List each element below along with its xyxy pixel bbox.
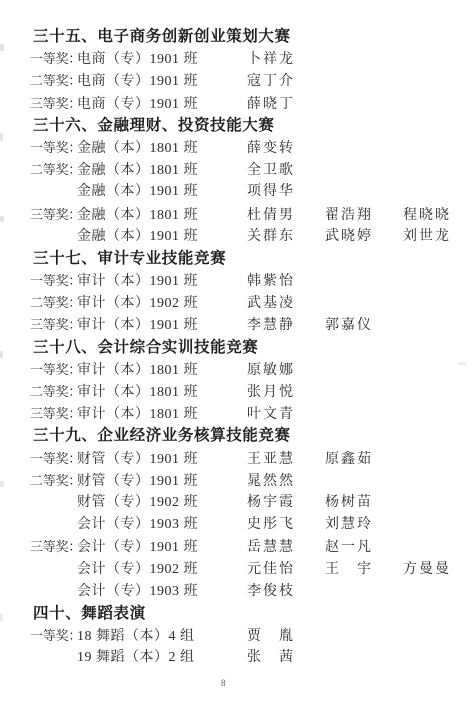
award-level-label: 三等奖： bbox=[30, 403, 77, 425]
student-name: 寇丁介 bbox=[247, 71, 295, 93]
class-label: 审计（本）1901 班 bbox=[77, 315, 247, 337]
student-name: 张月悦 bbox=[247, 382, 295, 404]
award-level-label: 三等奖： bbox=[30, 314, 77, 336]
page-number: 8 bbox=[221, 678, 226, 688]
student-name: 韩紫怡 bbox=[247, 271, 295, 293]
award-row: 三等奖：电商（专）1901 班薛晓丁 bbox=[30, 93, 467, 115]
document-content: 三十五、电子商务创新创业策划大赛一等奖：电商（专）1901 班卜祥龙二等奖：电商… bbox=[30, 26, 467, 669]
student-name: 方曼曼 bbox=[403, 559, 451, 581]
class-label: 金融（本）1801 班 bbox=[77, 205, 247, 227]
award-row: 财管（专）1902 班杨宇霞杨树苗 bbox=[30, 492, 467, 514]
scan-artifact bbox=[0, 216, 4, 222]
class-label: 财管（专）1902 班 bbox=[77, 492, 247, 514]
student-name: 叶文青 bbox=[247, 404, 295, 426]
class-label: 财管（专）1901 班 bbox=[77, 471, 247, 493]
award-row: 三等奖：会计（专）1901 班岳慧慧赵一凡 bbox=[30, 536, 467, 558]
award-row: 二等奖：审计（本）1801 班张月悦 bbox=[30, 381, 467, 403]
student-name: 杨树苗 bbox=[325, 492, 373, 514]
award-row: 一等奖：财管（专）1901 班王亚慧原鑫茹 bbox=[30, 448, 467, 470]
scan-artifact bbox=[0, 133, 3, 141]
student-name: 杨宇霞 bbox=[247, 492, 325, 514]
class-label: 19 舞蹈（本）2 组 bbox=[77, 647, 247, 669]
student-name: 关群东 bbox=[247, 226, 325, 248]
class-label: 财管（专）1901 班 bbox=[77, 449, 247, 471]
award-level-label: 二等奖： bbox=[30, 159, 77, 181]
student-name: 刘慧玲 bbox=[325, 514, 373, 536]
student-name: 王 宇 bbox=[325, 559, 403, 581]
student-name: 张 茜 bbox=[247, 647, 295, 669]
award-level-label: 一等奖： bbox=[30, 448, 77, 470]
award-level-label: 一等奖： bbox=[30, 625, 77, 647]
student-name: 赵一凡 bbox=[325, 537, 373, 559]
award-row: 一等奖：电商（专）1901 班卜祥龙 bbox=[30, 48, 467, 70]
award-row: 一等奖：金融（本）1801 班薛变转 bbox=[30, 137, 467, 159]
class-label: 审计（本）1801 班 bbox=[77, 360, 247, 382]
award-row: 一等奖：18 舞蹈（本）4 组贾 胤 bbox=[30, 625, 467, 647]
student-name: 李俊枝 bbox=[247, 581, 295, 603]
class-label: 审计（本）1902 班 bbox=[77, 293, 247, 315]
award-row: 二等奖：财管（专）1901 班晁然然 bbox=[30, 470, 467, 492]
award-level-label: 三等奖： bbox=[30, 93, 77, 115]
student-name: 李慧静 bbox=[247, 315, 325, 337]
student-name: 晁然然 bbox=[247, 471, 295, 493]
scan-artifact bbox=[0, 481, 4, 487]
award-row: 二等奖：电商（专）1901 班寇丁介 bbox=[30, 70, 467, 92]
award-row: 一等奖：审计（本）1901 班韩紫怡 bbox=[30, 270, 467, 292]
student-name: 翟浩翔 bbox=[325, 205, 403, 227]
award-level-label: 二等奖： bbox=[30, 292, 77, 314]
student-name: 项得华 bbox=[247, 181, 295, 203]
class-label: 金融（本）1801 班 bbox=[77, 160, 247, 182]
award-row: 一等奖：审计（本）1801 班原敏娜 bbox=[30, 359, 467, 381]
class-label: 会计（专）1903 班 bbox=[77, 514, 247, 536]
section-title: 三十六、金融理财、投资技能大赛 bbox=[33, 115, 467, 137]
student-name: 刘世龙 bbox=[403, 226, 451, 248]
award-row: 三等奖：审计（本）1901 班李慧静郭嘉仪 bbox=[30, 314, 467, 336]
student-name: 薛变转 bbox=[247, 138, 295, 160]
class-label: 审计（本）1801 班 bbox=[77, 382, 247, 404]
student-name: 薛晓丁 bbox=[247, 94, 295, 116]
class-label: 审计（本）1901 班 bbox=[77, 271, 247, 293]
award-row: 19 舞蹈（本）2 组张 茜 bbox=[30, 647, 467, 669]
award-level-label: 一等奖： bbox=[30, 270, 77, 292]
student-name: 郭嘉仪 bbox=[325, 315, 373, 337]
award-level-label: 一等奖： bbox=[30, 359, 77, 381]
class-label: 18 舞蹈（本）4 组 bbox=[77, 626, 247, 648]
award-row: 会计（专）1903 班史彤飞刘慧玲 bbox=[30, 514, 467, 536]
award-row: 金融（本）1901 班项得华 bbox=[30, 181, 467, 203]
student-name: 程晓晓 bbox=[403, 205, 451, 227]
student-name: 王亚慧 bbox=[247, 449, 325, 471]
student-name: 原鑫茹 bbox=[325, 449, 373, 471]
student-name: 卜祥龙 bbox=[247, 49, 295, 71]
class-label: 金融（本）1801 班 bbox=[77, 138, 247, 160]
award-row: 二等奖：审计（本）1902 班武基凌 bbox=[30, 292, 467, 314]
section-title: 三十八、会计综合实训技能竞赛 bbox=[33, 337, 467, 359]
class-label: 会计（专）1901 班 bbox=[77, 537, 247, 559]
award-level-label: 二等奖： bbox=[30, 470, 77, 492]
award-row: 三等奖：金融（本）1801 班杜倩男翟浩翔程晓晓 bbox=[30, 204, 467, 226]
class-label: 金融（本）1901 班 bbox=[77, 226, 247, 248]
class-label: 电商（专）1901 班 bbox=[77, 49, 247, 71]
student-name: 岳慧慧 bbox=[247, 537, 325, 559]
class-label: 会计（专）1902 班 bbox=[77, 559, 247, 581]
class-label: 电商（专）1901 班 bbox=[77, 71, 247, 93]
section-title: 四十、舞蹈表演 bbox=[33, 603, 467, 625]
scan-artifact bbox=[0, 44, 4, 51]
student-name: 贾 胤 bbox=[247, 626, 295, 648]
award-row: 二等奖：金融（本）1801 班全卫歌 bbox=[30, 159, 467, 181]
class-label: 会计（专）1903 班 bbox=[77, 581, 247, 603]
student-name: 史彤飞 bbox=[247, 514, 325, 536]
class-label: 电商（专）1901 班 bbox=[77, 94, 247, 116]
section-title: 三十七、审计专业技能竞赛 bbox=[33, 248, 467, 270]
award-row: 会计（专）1903 班李俊枝 bbox=[30, 581, 467, 603]
student-name: 原敏娜 bbox=[247, 360, 295, 382]
award-level-label: 一等奖： bbox=[30, 48, 77, 70]
section-title: 三十九、企业经济业务核算技能竞赛 bbox=[33, 425, 467, 447]
award-row: 金融（本）1901 班关群东武晓婷刘世龙 bbox=[30, 226, 467, 248]
award-row: 三等奖：审计（本）1801 班叶文青 bbox=[30, 403, 467, 425]
award-level-label: 二等奖： bbox=[30, 70, 77, 92]
section-title: 三十五、电子商务创新创业策划大赛 bbox=[33, 26, 467, 48]
award-level-label: 一等奖： bbox=[30, 137, 77, 159]
student-name: 武晓婷 bbox=[325, 226, 403, 248]
award-row: 会计（专）1902 班元佳怡王 宇方曼曼 bbox=[30, 559, 467, 581]
award-level-label: 三等奖： bbox=[30, 536, 77, 558]
award-level-label: 三等奖： bbox=[30, 204, 77, 226]
scan-artifact bbox=[458, 362, 466, 365]
class-label: 金融（本）1901 班 bbox=[77, 181, 247, 203]
scan-artifact bbox=[0, 614, 3, 621]
scan-artifact bbox=[0, 351, 3, 358]
student-name: 杜倩男 bbox=[247, 205, 325, 227]
student-name: 元佳怡 bbox=[247, 559, 325, 581]
class-label: 审计（本）1801 班 bbox=[77, 404, 247, 426]
award-level-label: 二等奖： bbox=[30, 381, 77, 403]
student-name: 全卫歌 bbox=[247, 160, 295, 182]
student-name: 武基凌 bbox=[247, 293, 295, 315]
